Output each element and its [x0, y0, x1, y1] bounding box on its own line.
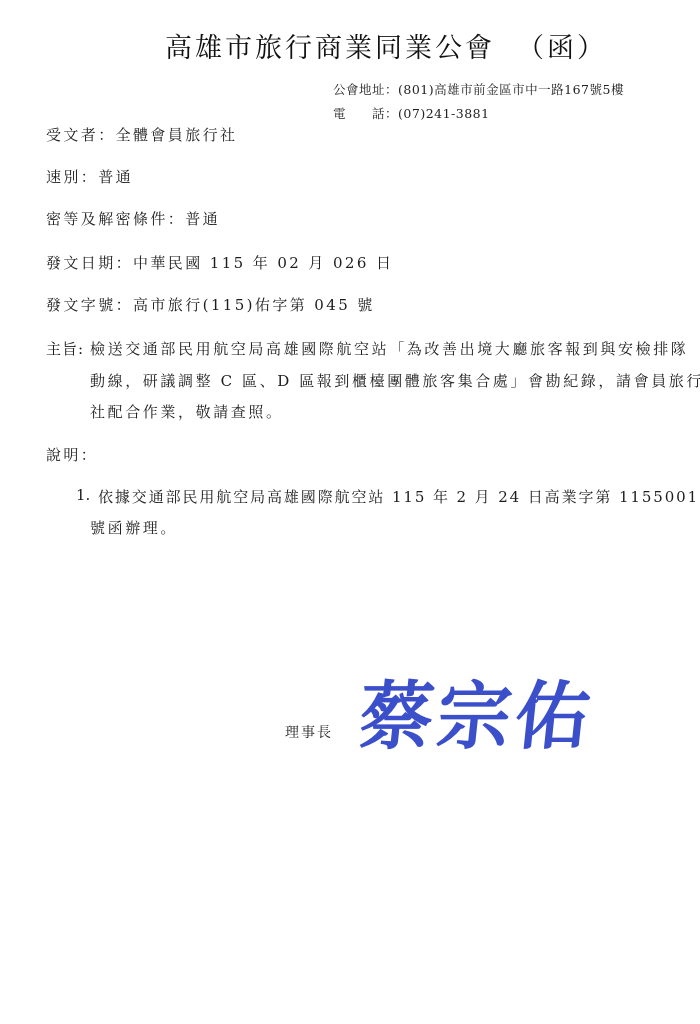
phone-line: 電話：(07)241-3881 — [333, 104, 490, 122]
phone-value: (07)241-3881 — [398, 106, 490, 121]
explanation-label: 說明： — [46, 444, 98, 465]
subject-line-3: 社配合作業，敬請查照。 — [90, 401, 284, 422]
speed-field: 速別：普通 — [46, 166, 133, 187]
explanation-item-number: 1. — [76, 486, 90, 504]
organization-name: 高雄市旅行商業同業公會 — [165, 33, 495, 64]
chairman-signature: 蔡宗佑 — [354, 658, 599, 764]
address-label: 公會地址： — [333, 82, 398, 97]
address-line: 公會地址：(801)高雄市前金區市中一路167號5樓 — [333, 80, 624, 98]
explanation-item-line-2: 號函辦理。 — [90, 517, 178, 538]
document-type: （函） — [517, 33, 607, 64]
doc-number-field: 發文字號：高市旅行(115)佑字第 045 號 — [46, 294, 375, 315]
subject-line-2: 動線，研議調整 C 區、D 區報到櫃檯團體旅客集合處」會勘紀錄，請會員旅行 — [90, 370, 700, 391]
phone-label-1: 電 — [333, 106, 346, 121]
subject-label: 主旨: — [46, 338, 84, 359]
date-field: 發文日期：中華民國 115 年 02 月 026 日 — [46, 252, 393, 273]
subject-line-1: 檢送交通部民用航空局高雄國際航空站「為改善出境大廳旅客報到與安檢排隊 — [90, 338, 688, 359]
document-title: 高雄市旅行商業同業公會（函） — [165, 26, 607, 65]
confidentiality-field: 密等及解密條件：普通 — [46, 208, 220, 229]
address-value: (801)高雄市前金區市中一路167號5樓 — [398, 82, 624, 97]
chairman-title: 理事長 — [285, 722, 333, 742]
explanation-item-line-1: 依據交通部民用航空局高雄國際航空站 115 年 2 月 24 日高業字第 115… — [98, 486, 700, 507]
phone-label-2: 話： — [372, 106, 398, 121]
recipient-field: 受文者：全體會員旅行社 — [46, 124, 237, 145]
